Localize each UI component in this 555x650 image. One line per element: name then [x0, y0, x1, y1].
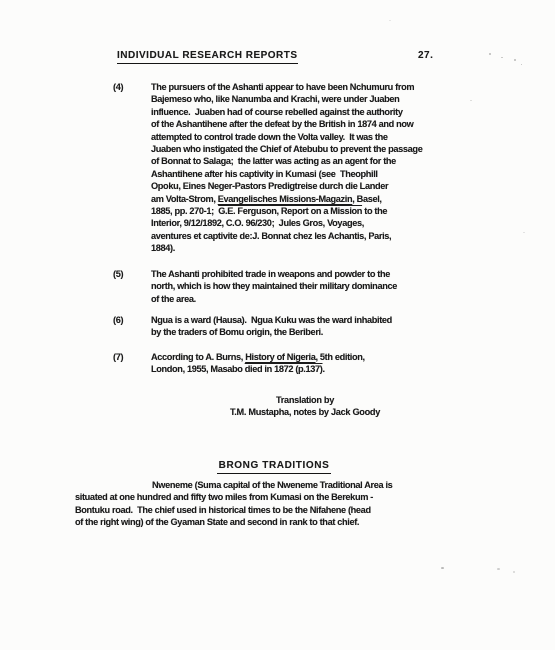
footnotes-list: (4) The pursuers of the Ashanti appear t…	[113, 81, 495, 376]
footnote-text: According to A. Burns, History of Nigeri…	[151, 351, 495, 376]
underlined-title: Evangelisches Missions-Magazin	[218, 194, 353, 204]
scan-speck	[513, 571, 515, 573]
translation-line-1: Translation by	[115, 394, 495, 406]
section-heading: BRONG TRADITIONS	[0, 455, 548, 473]
scanned-document-page: INDIVIDUAL RESEARCH REPORTS 27. (4) The …	[0, 0, 555, 650]
footnote-number: (6)	[113, 314, 151, 339]
footnote-7: (7) According to A. Burns, History of Ni…	[113, 351, 495, 376]
footnote-5: (5) The Ashanti prohibited trade in weap…	[113, 268, 495, 305]
page-header-title: INDIVIDUAL RESEARCH REPORTS	[117, 50, 298, 64]
footnote-text: Ngua is a ward (Hausa). Ngua Kuku was th…	[151, 314, 495, 339]
section-paragraph: Nweneme (Suma capital of the Nweneme Tra…	[75, 479, 467, 529]
footnote-6: (6) Ngua is a ward (Hausa). Ngua Kuku wa…	[113, 314, 495, 339]
footnote-text: The Ashanti prohibited trade in weapons …	[151, 268, 495, 305]
underlined-title: History of Nigeria	[245, 352, 315, 362]
scan-speck	[523, 232, 525, 233]
scan-speck	[514, 59, 516, 61]
footnote-4-text: The pursuers of the Ashanti appear to ha…	[151, 82, 422, 204]
footnote-7-text: .	[323, 364, 325, 374]
overline-artifact-text: G.E. Ferguson, Report on a Mission	[218, 206, 362, 216]
footnote-text: The pursuers of the Ashanti appear to ha…	[151, 81, 495, 255]
section-heading-text: BRONG TRADITIONS	[217, 460, 332, 474]
scan-speck	[501, 57, 503, 58]
footnote-number: (4)	[113, 81, 151, 255]
page-number: 27.	[418, 50, 433, 61]
translation-line-2: T.M. Mustapha, notes by Jack Goody	[115, 406, 495, 418]
scan-speck	[470, 100, 472, 101]
scan-speck	[497, 568, 500, 570]
scan-speck	[489, 53, 491, 55]
scan-speck	[441, 567, 444, 569]
scan-speck	[521, 64, 522, 65]
translation-credit: Translation by T.M. Mustapha, notes by J…	[115, 394, 495, 419]
footnote-7-text: According to A. Burns,	[151, 352, 245, 362]
overline-artifact-text: died in 1872 (p.137)	[245, 364, 323, 374]
footnote-number: (7)	[113, 351, 151, 376]
scan-speck	[389, 20, 391, 21]
footnote-4: (4) The pursuers of the Ashanti appear t…	[113, 81, 495, 255]
footnote-number: (5)	[113, 268, 151, 305]
